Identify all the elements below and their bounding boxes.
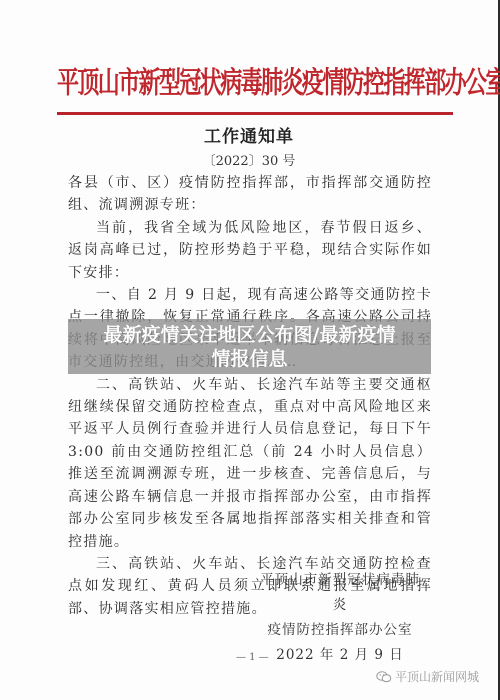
watermark-text: 平顶山新闻网城 — [395, 668, 479, 685]
overlay-title[interactable]: 最新疫情关注地区公布图/最新疫情 情报信息 — [68, 319, 431, 371]
signature-org-line1: 平顶山市新型冠状病毒肺炎 — [255, 568, 425, 618]
page-number: — 1 — — [236, 652, 269, 663]
paragraph-intro: 当前，我省全域为低风险地区，春节假日返乡、返岗高峰已过，防控形势趋于平稳，现结合… — [68, 217, 432, 284]
overlay-title-line1: 最新疫情关注地区公布图/最新疫情 — [68, 323, 431, 347]
signature-block: 平顶山市新型冠状病毒肺炎 疫情防控指挥部办公室 2022 年 2 月 9 日 — [255, 568, 425, 668]
document-number: 〔2022〕30 号 — [0, 150, 498, 169]
watermark: 平顶山新闻网城 — [376, 668, 479, 685]
document-body: 各县（市、区）疫情防控指挥部，市指挥部交通防控组、流调溯源专班： 当前，我省全域… — [68, 172, 432, 620]
paragraph-item-2: 二、高铁站、火车站、长途汽车站等主要交通枢纽继续保留交通防控检查点，重点对中高风… — [68, 374, 432, 553]
red-divider — [57, 112, 453, 115]
signature-date: 2022 年 2 月 9 日 — [255, 643, 425, 668]
signature-org-line2: 疫情防控指挥部办公室 — [255, 618, 425, 643]
org-header: 平顶山市新型冠状病毒肺炎疫情防控指挥部办公室 — [57, 60, 453, 102]
wechat-icon — [376, 671, 392, 683]
document-title: 工作通知单 — [0, 122, 498, 147]
overlay-title-line2: 情报信息 — [68, 347, 431, 371]
salutation: 各县（市、区）疫情防控指挥部，市指挥部交通防控组、流调溯源专班： — [68, 172, 432, 217]
